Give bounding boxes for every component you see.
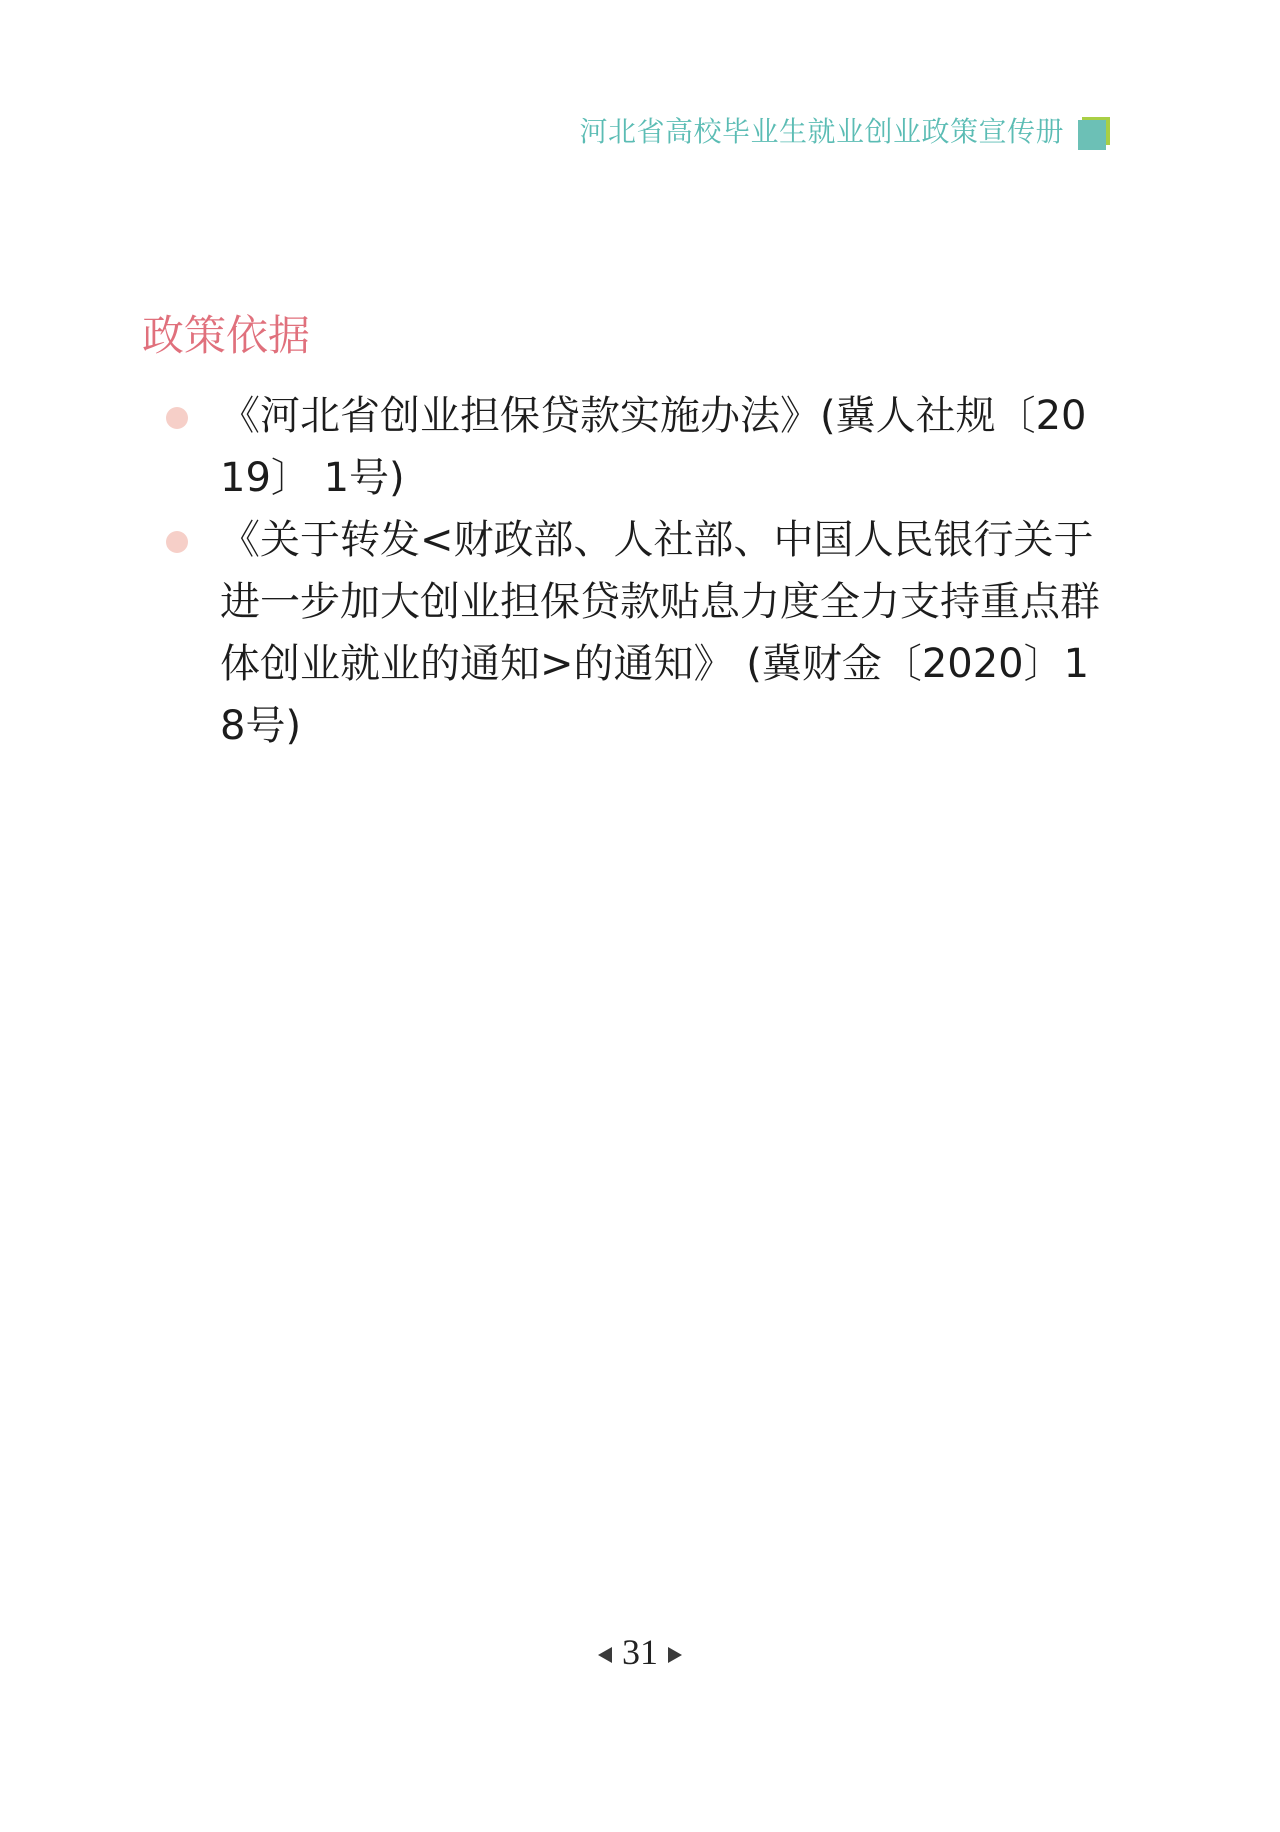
running-header: 河北省高校毕业生就业创业政策宣传册	[579, 112, 1110, 152]
list-item: 《河北省创业担保贷款实施办法》(冀人社规〔2019〕 1号)	[160, 385, 1100, 509]
bullet-dot-icon	[166, 407, 188, 429]
policy-text: 《关于转发<财政部、人社部、中国人民银行关于进一步加大创业担保贷款贴息力度全力支…	[220, 509, 1100, 757]
page-footer: 31	[0, 1632, 1280, 1672]
list-item: 《关于转发<财政部、人社部、中国人民银行关于进一步加大创业担保贷款贴息力度全力支…	[160, 509, 1100, 757]
policy-basis-list: 《河北省创业担保贷款实施办法》(冀人社规〔2019〕 1号) 《关于转发<财政部…	[160, 385, 1100, 757]
triangle-left-icon	[598, 1647, 612, 1663]
page-number: 31	[622, 1632, 658, 1672]
square-front-shape	[1078, 120, 1106, 150]
triangle-right-icon	[668, 1647, 682, 1663]
booklet-title: 河北省高校毕业生就业创业政策宣传册	[579, 112, 1064, 152]
bullet-dot-icon	[166, 531, 188, 553]
section-title: 政策依据	[142, 308, 310, 364]
policy-text: 《河北省创业担保贷款实施办法》(冀人社规〔2019〕 1号)	[220, 385, 1100, 509]
square-stack-icon	[1078, 120, 1110, 152]
